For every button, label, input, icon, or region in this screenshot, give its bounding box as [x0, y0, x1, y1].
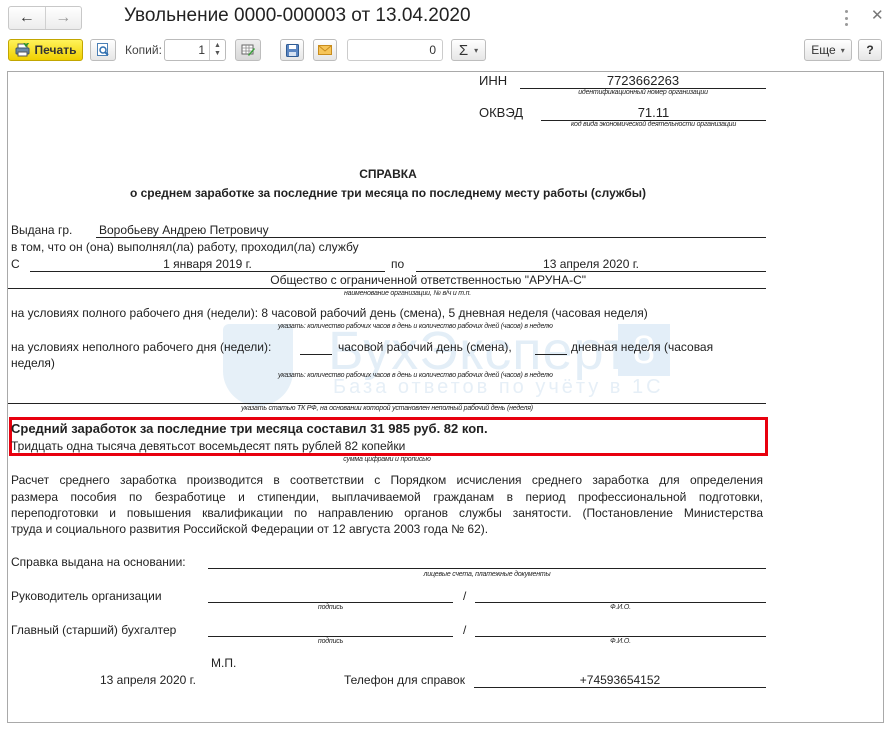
full-time-text: на условиях полного рабочего дня (недели…	[11, 306, 648, 320]
copies-stepper[interactable]: ▲▼	[209, 40, 225, 60]
sum-menu-button[interactable]: Σ ▾	[451, 39, 486, 61]
spreadsheet-document[interactable]: БухЭксперт 8 База ответов по учёту в 1С …	[7, 71, 884, 723]
arrow-left-icon: ←	[19, 9, 35, 27]
paragraph-line-4: труда и социального развития Российской …	[11, 522, 488, 536]
print-button[interactable]: Печать	[8, 39, 83, 61]
part-time-text-c: дневная неделя (часовая	[571, 340, 713, 354]
send-email-button[interactable]	[313, 39, 337, 61]
paragraph-line-1: Расчет среднего заработка производится в…	[11, 473, 763, 487]
mail-icon	[318, 45, 332, 55]
worked-text: в том, что он (она) выполнял(ла) работу,…	[11, 240, 359, 254]
phone-value: +74593654152	[474, 673, 766, 687]
chevron-down-icon: ▾	[841, 46, 845, 55]
okved-value: 71.11	[541, 105, 766, 120]
navigation-buttons: ← →	[8, 6, 82, 30]
hours-caption: указать: количество рабочих часов в день…	[278, 323, 553, 330]
help-label: ?	[866, 43, 873, 57]
sum-field[interactable]: 0	[347, 39, 443, 61]
slash: /	[463, 589, 466, 603]
okved-label: ОКВЭД	[479, 105, 523, 120]
issued-name: Воробьеву Андрею Петровичу	[99, 223, 269, 237]
okved-caption: код вида экономической деятельности орга…	[541, 121, 766, 128]
basis-caption: лицевые счета, платежные документы	[208, 571, 766, 578]
more-button[interactable]: Еще ▾	[804, 39, 852, 61]
part-time-text-b: часовой рабочий день (смена),	[338, 340, 512, 354]
to-label: по	[391, 257, 404, 271]
article-caption: указать статью ТК РФ, на основании котор…	[8, 405, 766, 412]
edit-table-button[interactable]	[235, 39, 261, 61]
inn-caption: идентификационный номер организации	[520, 89, 766, 96]
copies-value: 1	[198, 43, 205, 57]
inn-value: 7723662263	[520, 73, 766, 88]
to-date: 13 апреля 2020 г.	[416, 257, 766, 271]
window-title: Увольнение 0000-000003 от 13.04.2020	[124, 5, 471, 27]
preview-icon	[96, 43, 110, 57]
sum-icon: Σ	[459, 42, 468, 59]
paragraph-line-3: переподготовки и повышения квалификации …	[11, 506, 763, 520]
part-time-text-a: на условиях неполного рабочего дня (неде…	[11, 340, 271, 354]
organization-name: Общество с ограниченной ответственностью…	[8, 273, 766, 287]
accountant-label: Главный (старший) бухгалтер	[11, 623, 176, 637]
phone-label: Телефон для справок	[344, 673, 465, 687]
signature-caption: подпись	[208, 638, 453, 645]
printer-icon	[15, 43, 30, 57]
paragraph-line-2: размера пособия по безработице и стипенд…	[11, 490, 763, 504]
stamp-label: М.П.	[211, 656, 236, 670]
copies-input[interactable]: 1 ▲▼	[164, 39, 226, 61]
document-subheading: о среднем заработке за последние три мес…	[8, 186, 768, 200]
forward-button[interactable]: →	[45, 7, 82, 29]
average-earnings: Средний заработок за последние три месяц…	[11, 421, 488, 436]
issued-label: Выдана гр.	[11, 223, 72, 237]
preview-button[interactable]	[90, 39, 116, 61]
save-icon	[286, 44, 299, 57]
hours-caption-2: указать: количество рабочих часов в день…	[278, 372, 553, 379]
watermark-tagline: База ответов по учёту в 1С	[333, 376, 664, 399]
signature-caption: подпись	[208, 604, 453, 611]
chevron-down-icon: ▾	[474, 46, 478, 55]
amount-caption: сумма цифрами и прописью	[8, 456, 766, 463]
from-date: 1 января 2019 г.	[30, 257, 385, 271]
inn-label: ИНН	[479, 73, 507, 88]
slash: /	[463, 623, 466, 637]
copies-label: Копий:	[125, 43, 162, 57]
organization-caption: наименование организации, № в/ч и т.п.	[8, 290, 766, 297]
sum-value: 0	[429, 43, 436, 57]
watermark-shield-icon	[223, 324, 293, 406]
basis-label: Справка выдана на основании:	[11, 555, 186, 569]
fio-caption: Ф.И.О.	[475, 604, 766, 611]
part-time-text-2: неделя)	[11, 356, 55, 370]
director-label: Руководитель организации	[11, 589, 162, 603]
arrow-right-icon: →	[55, 9, 71, 27]
fio-caption: Ф.И.О.	[475, 638, 766, 645]
back-button[interactable]: ←	[9, 7, 45, 29]
print-label: Печать	[35, 43, 77, 57]
from-label: С	[11, 257, 20, 271]
document-date: 13 апреля 2020 г.	[100, 673, 196, 687]
document-heading: СПРАВКА	[8, 167, 768, 181]
edit-table-icon	[241, 43, 256, 57]
amount-in-words: Тридцать одна тысяча девятьсот восемьдес…	[11, 439, 405, 453]
kebab-icon[interactable]	[845, 10, 849, 26]
save-button[interactable]	[280, 39, 304, 61]
more-label: Еще	[811, 43, 835, 57]
close-icon[interactable]: ✕	[871, 6, 884, 24]
help-button[interactable]: ?	[858, 39, 882, 61]
